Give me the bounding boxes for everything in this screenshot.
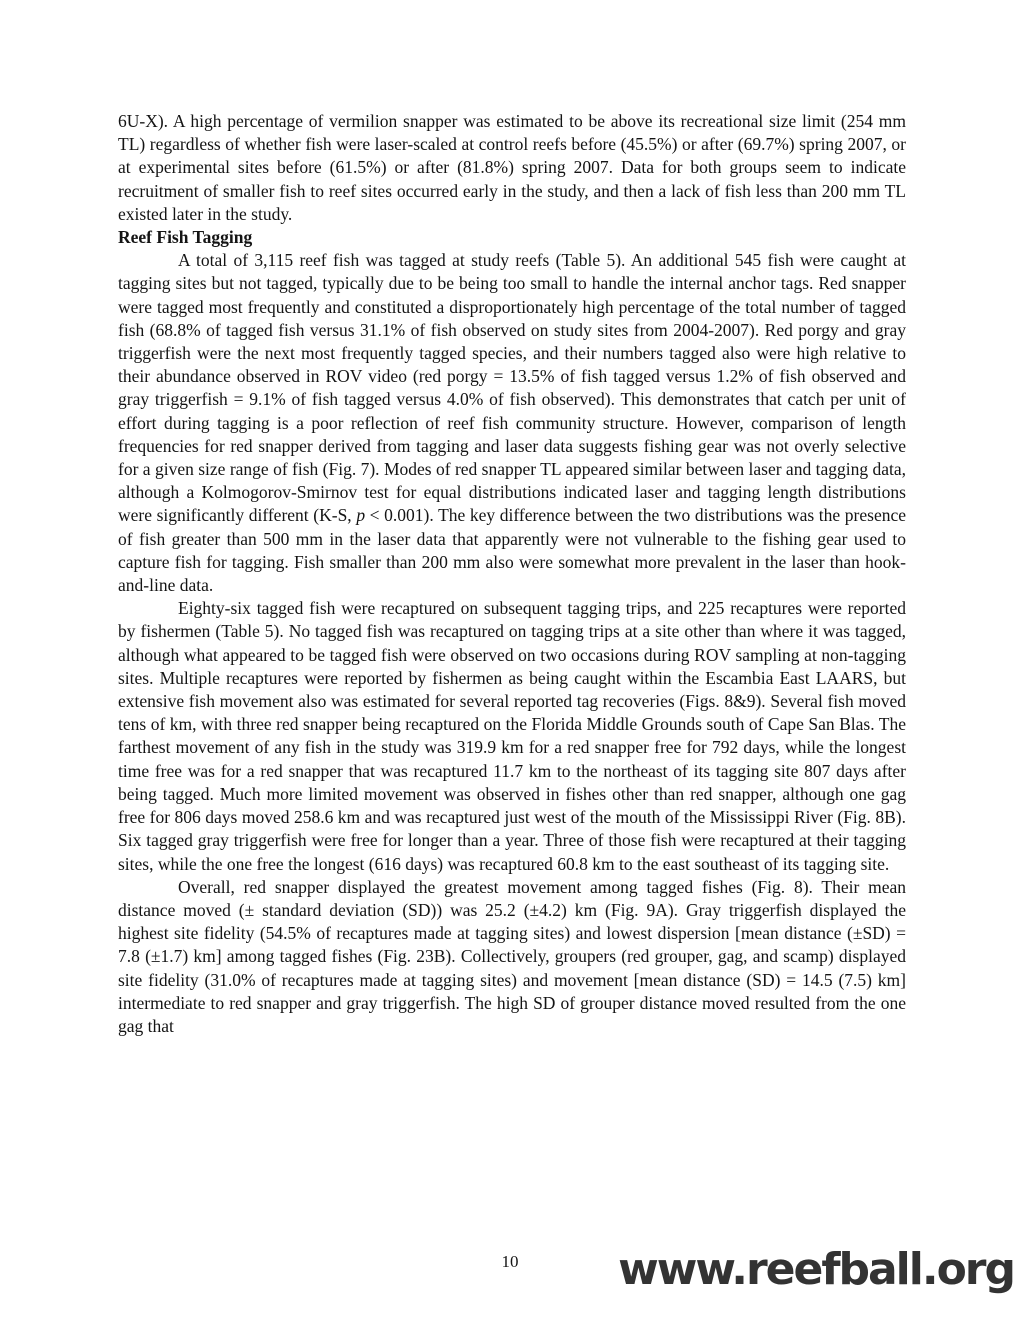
document-page: 6U-X). A high percentage of vermilion sn… (0, 0, 1020, 1320)
italic-p-symbol: p (356, 505, 365, 525)
section-heading-reef-fish-tagging: Reef Fish Tagging (118, 226, 906, 249)
paragraph-tagging: A total of 3,115 reef fish was tagged at… (118, 249, 906, 597)
paragraph-continuation: 6U-X). A high percentage of vermilion sn… (118, 110, 906, 226)
paragraph-text: A total of 3,115 reef fish was tagged at… (118, 250, 906, 525)
text-block: 6U-X). A high percentage of vermilion sn… (118, 110, 906, 1038)
paragraph-recaptures: Eighty-six tagged fish were recaptured o… (118, 597, 906, 875)
paragraph-movement: Overall, red snapper displayed the great… (118, 876, 906, 1038)
reefball-watermark: www.reefball.org (618, 1244, 1014, 1295)
